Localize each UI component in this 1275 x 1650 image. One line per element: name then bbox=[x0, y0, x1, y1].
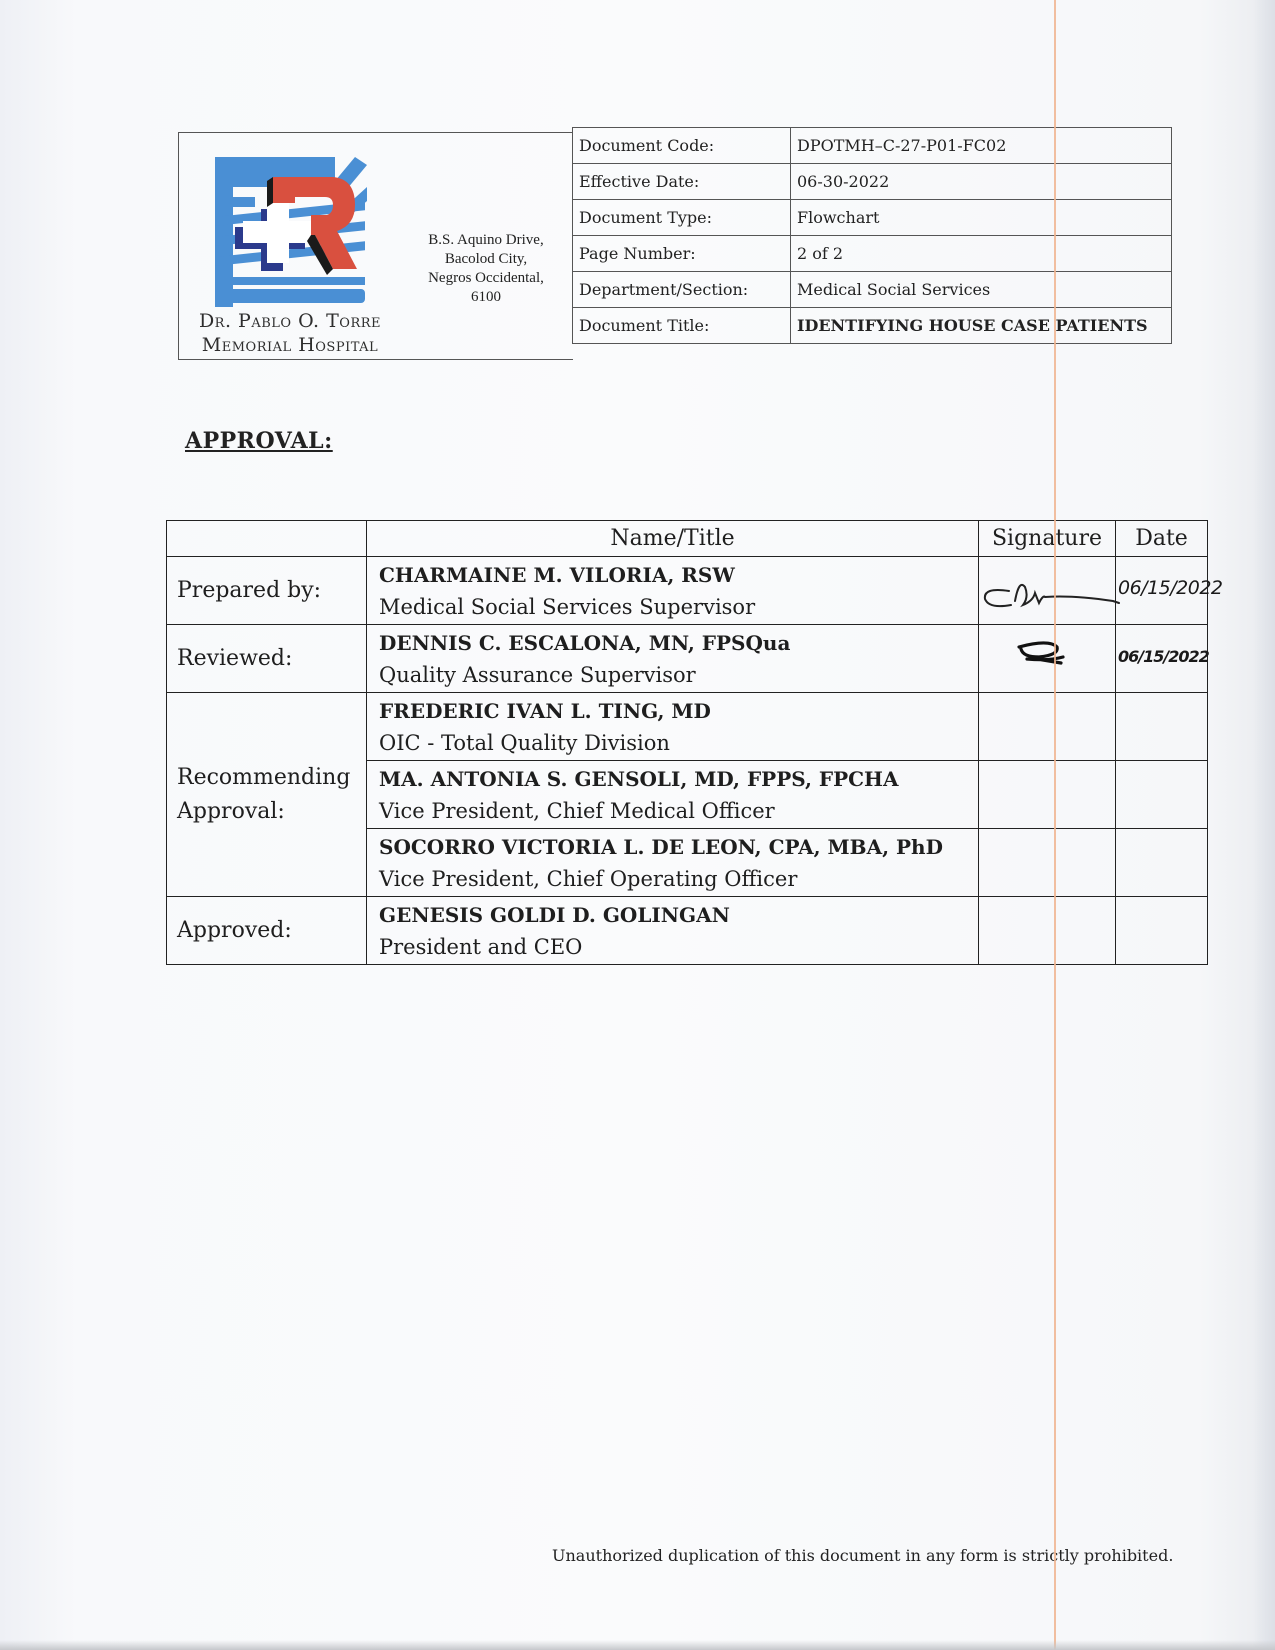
person-title: Medical Social Services Supervisor bbox=[379, 591, 966, 623]
person-name: CHARMAINE M. VILORIA, RSW bbox=[379, 559, 966, 591]
approval-header-row: Name/Title Signature Date bbox=[167, 521, 1208, 557]
person-name: FREDERIC IVAN L. TING, MD bbox=[379, 695, 966, 727]
department-value: Medical Social Services bbox=[791, 272, 1172, 308]
document-code-value: DPOTMH–C-27-P01-FC02 bbox=[791, 128, 1172, 164]
signature-cell bbox=[979, 625, 1116, 693]
person-cell: DENNIS C. ESCALONA, MN, FPSQua Quality A… bbox=[367, 625, 979, 693]
address-line: Negros Occidental, bbox=[411, 269, 561, 288]
table-row: Recommending Approval: FREDERIC IVAN L. … bbox=[167, 693, 1208, 761]
meta-row: Document Title: IDENTIFYING HOUSE CASE P… bbox=[573, 308, 1172, 344]
role-recommending-approval: Recommending Approval: bbox=[167, 693, 367, 897]
meta-label: Page Number: bbox=[573, 236, 791, 272]
person-cell: CHARMAINE M. VILORIA, RSW Medical Social… bbox=[367, 557, 979, 625]
person-cell: MA. ANTONIA S. GENSOLI, MD, FPPS, FPCHA … bbox=[367, 761, 979, 829]
meta-label: Document Title: bbox=[573, 308, 791, 344]
person-name: MA. ANTONIA S. GENSOLI, MD, FPPS, FPCHA bbox=[379, 763, 966, 795]
signature-cell bbox=[979, 897, 1116, 965]
approval-heading: APPROVAL: bbox=[185, 428, 333, 454]
meta-row: Document Code: DPOTMH–C-27-P01-FC02 bbox=[573, 128, 1172, 164]
document-title-value: IDENTIFYING HOUSE CASE PATIENTS bbox=[791, 308, 1172, 344]
hospital-name: Dr. Pablo O. Torre Memorial Hospital bbox=[185, 309, 395, 357]
person-cell: SOCORRO VICTORIA L. DE LEON, CPA, MBA, P… bbox=[367, 829, 979, 897]
meta-row: Document Type: Flowchart bbox=[573, 200, 1172, 236]
person-cell: GENESIS GOLDI D. GOLINGAN President and … bbox=[367, 897, 979, 965]
scan-edge-shadow bbox=[1253, 0, 1275, 1650]
table-row: Approved: GENESIS GOLDI D. GOLINGAN Pres… bbox=[167, 897, 1208, 965]
scan-bottom-shadow bbox=[0, 1640, 1275, 1650]
signature-cell bbox=[979, 557, 1116, 625]
role-line: Recommending bbox=[177, 761, 356, 795]
handwritten-signature-icon bbox=[979, 625, 1116, 693]
scan-artifact-line bbox=[1054, 0, 1056, 1650]
role-column-header bbox=[167, 521, 367, 557]
person-title: OIC - Total Quality Division bbox=[379, 727, 966, 759]
effective-date-value: 06-30-2022 bbox=[791, 164, 1172, 200]
hospital-address: B.S. Aquino Drive, Bacolod City, Negros … bbox=[411, 231, 561, 307]
person-name: GENESIS GOLDI D. GOLINGAN bbox=[379, 899, 966, 931]
role-approved: Approved: bbox=[167, 897, 367, 965]
person-title: Quality Assurance Supervisor bbox=[379, 659, 966, 691]
signature-cell bbox=[979, 693, 1116, 761]
meta-label: Document Type: bbox=[573, 200, 791, 236]
person-title: Vice President, Chief Medical Officer bbox=[379, 795, 966, 827]
table-row: Reviewed: DENNIS C. ESCALONA, MN, FPSQua… bbox=[167, 625, 1208, 693]
date-cell bbox=[1116, 897, 1208, 965]
hospital-name-line2: Memorial Hospital bbox=[185, 333, 395, 357]
date-cell bbox=[1116, 693, 1208, 761]
signature-cell bbox=[979, 829, 1116, 897]
meta-label: Effective Date: bbox=[573, 164, 791, 200]
meta-label: Document Code: bbox=[573, 128, 791, 164]
date-cell bbox=[1116, 761, 1208, 829]
header-logo-block: Dr. Pablo O. Torre Memorial Hospital B.S… bbox=[178, 132, 573, 360]
date-column-header: Date bbox=[1116, 521, 1208, 557]
approval-table: Name/Title Signature Date Prepared by: C… bbox=[166, 520, 1208, 965]
address-line: 6100 bbox=[411, 288, 561, 307]
footer-notice: Unauthorized duplication of this documen… bbox=[552, 1546, 1173, 1565]
person-cell: FREDERIC IVAN L. TING, MD OIC - Total Qu… bbox=[367, 693, 979, 761]
date-cell: 06/15/2022 bbox=[1116, 557, 1208, 625]
address-line: Bacolod City, bbox=[411, 250, 561, 269]
date-cell: 06/15/2022 bbox=[1116, 625, 1208, 693]
table-row: Prepared by: CHARMAINE M. VILORIA, RSW M… bbox=[167, 557, 1208, 625]
meta-row: Page Number: 2 of 2 bbox=[573, 236, 1172, 272]
role-line: Approval: bbox=[177, 795, 356, 829]
person-title: Vice President, Chief Operating Officer bbox=[379, 863, 966, 895]
document-type-value: Flowchart bbox=[791, 200, 1172, 236]
person-name: DENNIS C. ESCALONA, MN, FPSQua bbox=[379, 627, 966, 659]
handwritten-date: 06/15/2022 bbox=[1118, 577, 1223, 599]
role-reviewed: Reviewed: bbox=[167, 625, 367, 693]
date-cell bbox=[1116, 829, 1208, 897]
person-name: SOCORRO VICTORIA L. DE LEON, CPA, MBA, P… bbox=[379, 831, 966, 863]
hospital-name-line1: Dr. Pablo O. Torre bbox=[185, 309, 395, 333]
page-number-value: 2 of 2 bbox=[791, 236, 1172, 272]
meta-label: Department/Section: bbox=[573, 272, 791, 308]
signature-column-header: Signature bbox=[979, 521, 1116, 557]
address-line: B.S. Aquino Drive, bbox=[411, 231, 561, 250]
meta-row: Department/Section: Medical Social Servi… bbox=[573, 272, 1172, 308]
document-metadata-table: Document Code: DPOTMH–C-27-P01-FC02 Effe… bbox=[572, 127, 1172, 344]
signature-cell bbox=[979, 761, 1116, 829]
hospital-logo-icon bbox=[215, 157, 371, 307]
person-title: President and CEO bbox=[379, 931, 966, 963]
handwritten-date: 06/15/2022 bbox=[1118, 647, 1209, 666]
name-title-column-header: Name/Title bbox=[367, 521, 979, 557]
meta-row: Effective Date: 06-30-2022 bbox=[573, 164, 1172, 200]
role-prepared: Prepared by: bbox=[167, 557, 367, 625]
